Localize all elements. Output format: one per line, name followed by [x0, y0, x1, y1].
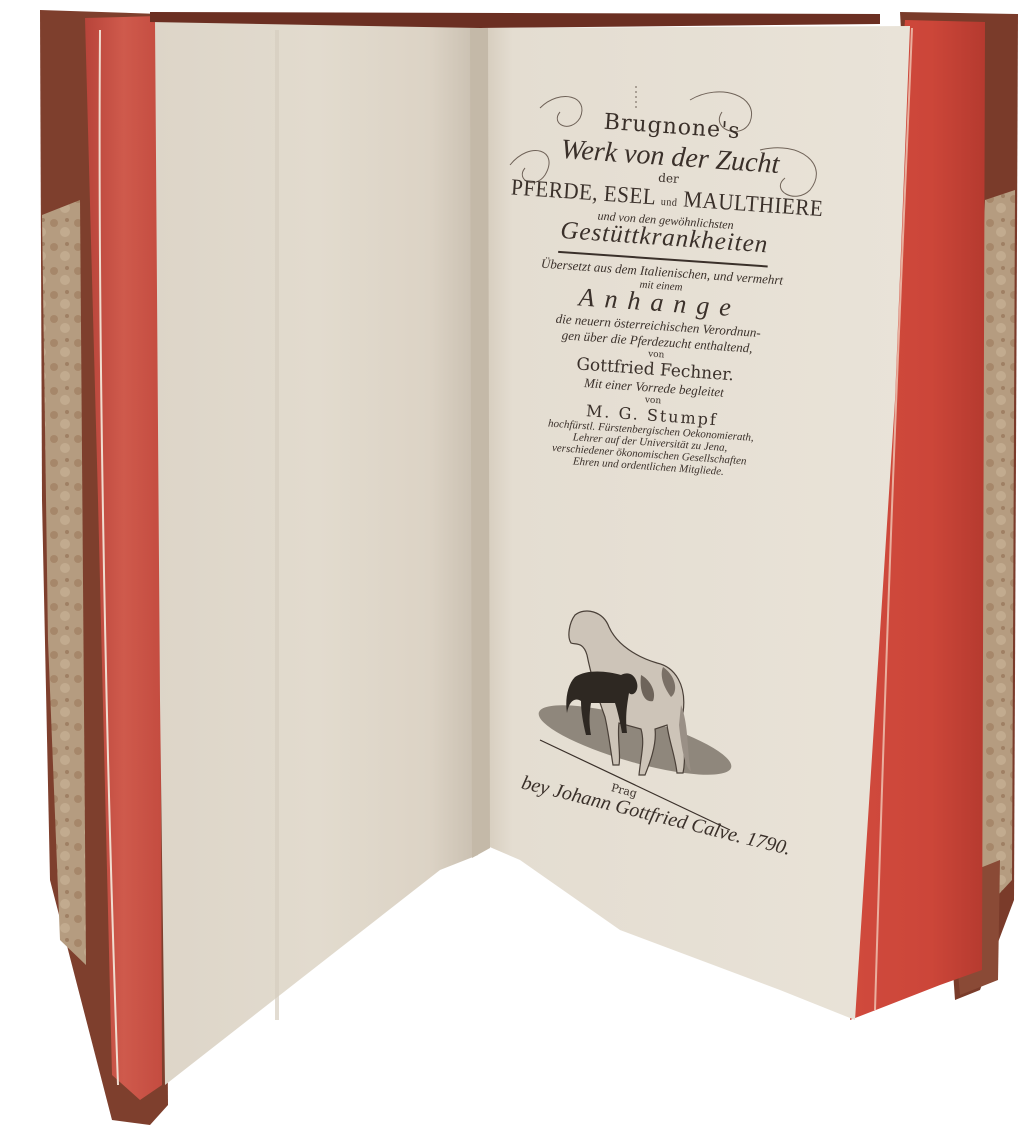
title-animals-und: und — [660, 196, 677, 209]
left-cover-marble — [42, 200, 86, 965]
left-page — [155, 20, 478, 1085]
title-page-text: Brugnone's Werk von der Zucht der PFERDE… — [468, 80, 854, 485]
